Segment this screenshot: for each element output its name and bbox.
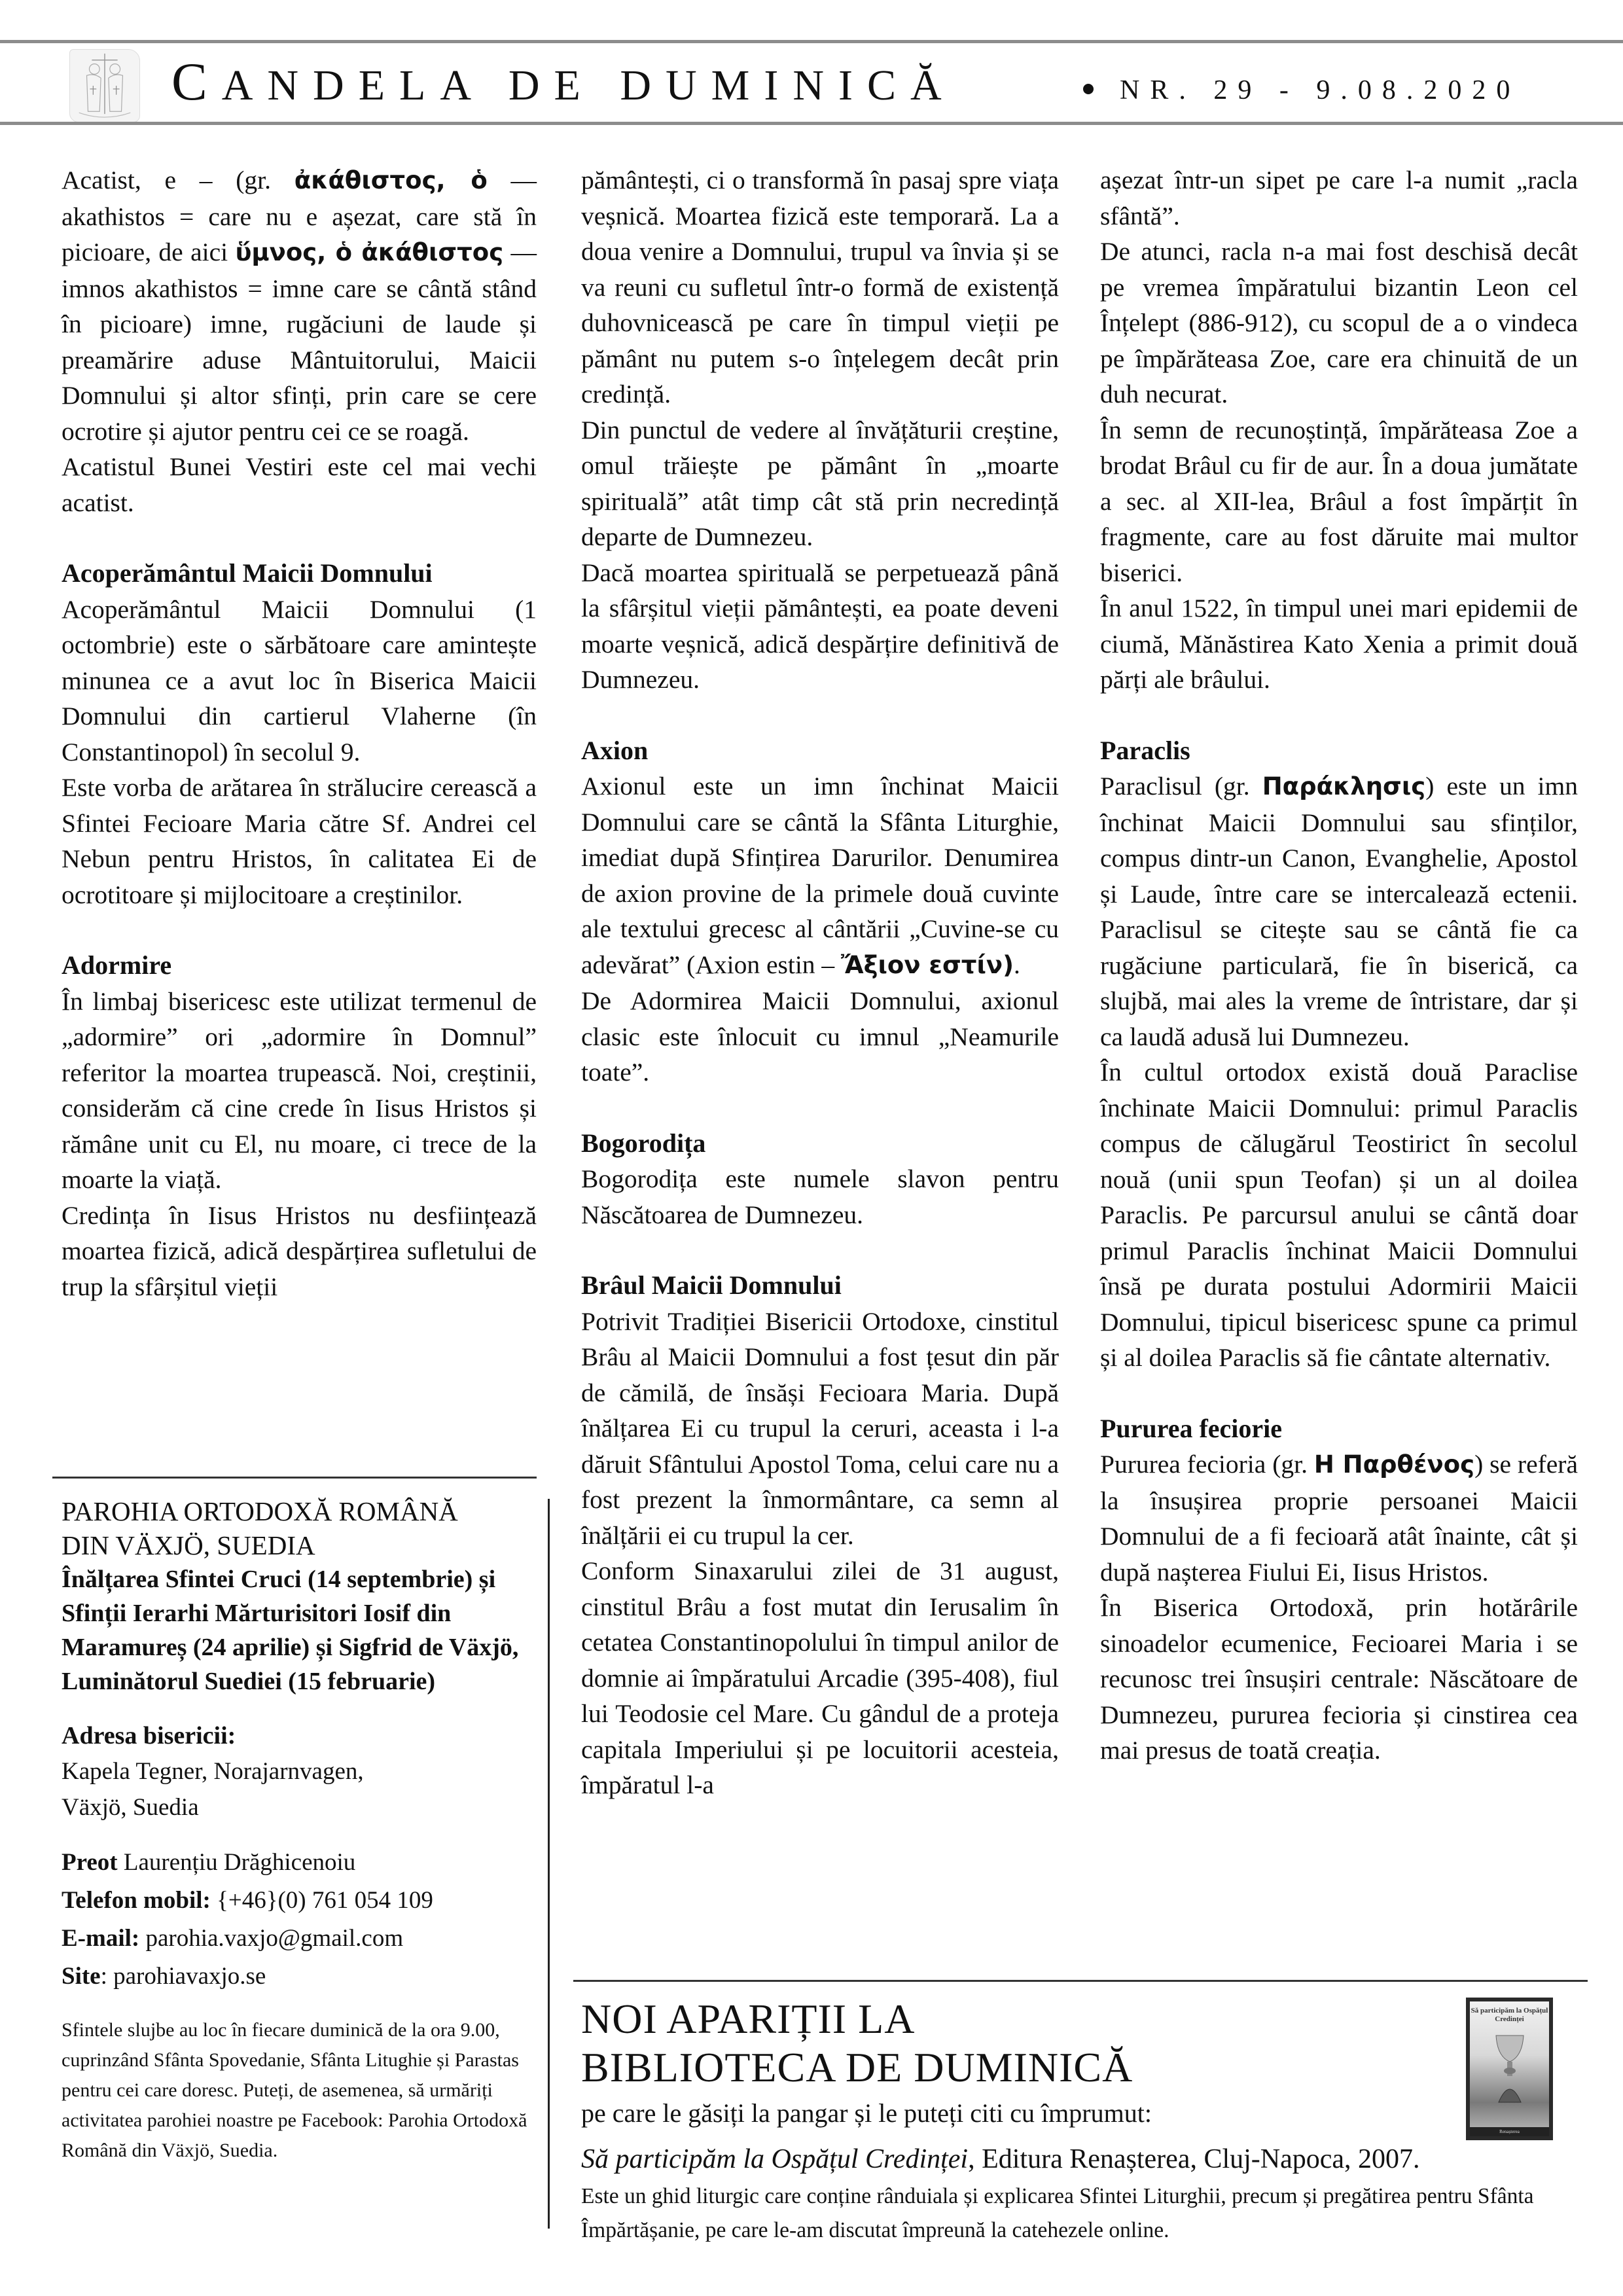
site-label: Site: [62, 1963, 101, 1990]
parish-name-line2: DIN VÄXJÖ, SUEDIA: [62, 1528, 533, 1562]
bogorodita-p1: Bogorodița este numele slavon pentru Năs…: [581, 1161, 1059, 1232]
phone-row: Telefon mobil: {+46}(0) 761 054 109: [62, 1882, 533, 1920]
greek-term: Η Παρθένος: [1314, 1450, 1474, 1479]
book-cover-image: Să participăm la Ospățul Credinței Renaș…: [1466, 1998, 1553, 2140]
library-section: NOI APARIȚII LA BIBLIOTECA DE DUMINICĂ p…: [581, 1995, 1589, 2248]
library-heading-line1: NOI APARIȚII LA: [581, 1995, 1589, 2043]
braul-p1: Potrivit Tradiției Bisericii Ortodoxe, c…: [581, 1304, 1059, 1554]
braul-p2: Conform Sinaxarului zilei de 31 august, …: [581, 1553, 1059, 1803]
pururea-p2: În Biserica Ortodoxă, prin hotărârile si…: [1100, 1590, 1578, 1768]
parish-right-rule: [548, 1499, 550, 2229]
book-meta: , Editura Renașterea, Cluj-Napoca, 2007.: [968, 2144, 1419, 2174]
text: Axionul este un imn închinat Maicii Domn…: [581, 772, 1059, 979]
column-1: Acatist, e – (gr. ἀκάθιστος, ὁ — akathis…: [62, 162, 537, 1304]
site-link[interactable]: : parohiavaxjo.se: [101, 1963, 266, 1990]
text: .: [1014, 950, 1020, 979]
section-title-adormire: Adormire: [62, 948, 537, 984]
section-title-bogorodita: Bogorodița: [581, 1126, 1059, 1162]
section-title-braul: Brâul Maicii Domnului: [581, 1268, 1059, 1304]
text: Acatist, e – (gr.: [62, 166, 294, 194]
acatist-paragraph: Acatist, e – (gr. ἀκάθιστος, ὁ — akathis…: [62, 162, 537, 449]
masthead: CANDELA DE DUMINICĂ NR. 29 - 9.08.2020: [0, 41, 1623, 123]
issue-info: NR. 29 - 9.08.2020: [1083, 65, 1520, 113]
library-subtitle: pe care le găsiți la pangar și le puteți…: [581, 2094, 1589, 2132]
priest-name: Laurențiu Drăghicenoiu: [118, 1849, 356, 1876]
title-rest: ANDELA DE DUMINICĂ: [222, 62, 956, 109]
library-top-rule: [573, 1980, 1588, 1982]
email-label: E-mail:: [62, 1925, 139, 1952]
greek-term: ἀκάθιστος, ὁ: [294, 166, 488, 194]
text: — imnos akathistos = imne care se cântă …: [62, 238, 537, 446]
phone-label: Telefon mobil:: [62, 1887, 211, 1914]
text: ) este un imn închinat Maicii Domnului s…: [1100, 772, 1578, 1051]
parish-info: PAROHIA ORTODOXĂ ROMÂNĂ DIN VÄXJÖ, SUEDI…: [62, 1494, 533, 2166]
text: Paraclisul (gr.: [1100, 772, 1262, 800]
acatist-paragraph-2: Acatistul Bunei Vestiri este cel mai vec…: [62, 449, 537, 520]
greek-term: Παράκλησις: [1262, 772, 1426, 800]
parish-name-line1: PAROHIA ORTODOXĂ ROMÂNĂ: [62, 1494, 533, 1528]
parish-top-rule: [52, 1477, 537, 1479]
services-note: Sfintele slujbe au loc în fiecare dumini…: [62, 2015, 533, 2166]
axion-p2: De Adormirea Maicii Domnului, axionul cl…: [581, 983, 1059, 1090]
braul-continued-p3: În semn de recunoștință, împărăteasa Zoe…: [1100, 412, 1578, 591]
book-description: Este un ghid liturgic care conține rându…: [581, 2179, 1589, 2248]
section-title-pururea: Pururea feciorie: [1100, 1411, 1578, 1447]
address-label: Adresa bisericii:: [62, 1718, 533, 1753]
braul-continued-p1: așezat într-un sipet pe care l-a numit „…: [1100, 162, 1578, 234]
book-entry: Să participăm la Ospățul Credinței, Edit…: [581, 2139, 1589, 2179]
parish-patrons: Înălțarea Sfintei Cruci (14 septembrie) …: [62, 1562, 533, 1698]
acoperamantul-p1: Acoperământul Maicii Domnului (1 octombr…: [62, 592, 537, 770]
bullet-icon: [1083, 84, 1094, 94]
braul-continued-p2: De atunci, racla n-a mai fost deschisă d…: [1100, 234, 1578, 412]
adormire-p1: În limbaj bisericesc este utilizat terme…: [62, 984, 537, 1198]
phone-number[interactable]: {+46}(0) 761 054 109: [211, 1887, 433, 1914]
text: Pururea fecioria (gr.: [1100, 1450, 1314, 1479]
priest-row: Preot Laurențiu Drăghicenoiu: [62, 1844, 533, 1882]
masthead-bottom-rule: [0, 122, 1623, 125]
pururea-p1: Pururea fecioria (gr. Η Παρθένος) se ref…: [1100, 1446, 1578, 1590]
section-title-acoperamantul: Acoperământul Maicii Domnului: [62, 556, 537, 592]
title-initial: C: [171, 52, 222, 111]
book-title: Să participăm la Ospățul Credinței: [581, 2144, 968, 2174]
braul-continued-p4: În anul 1522, în timpul unei mari epidem…: [1100, 590, 1578, 698]
column-2: pământești, ci o transformă în pasaj spr…: [581, 162, 1059, 1803]
contact-block: Preot Laurențiu Drăghicenoiu Telefon mob…: [62, 1844, 533, 1996]
address-line1: Kapela Tegner, Norajarnvagen,: [62, 1753, 533, 1789]
priest-label: Preot: [62, 1849, 118, 1876]
acoperamantul-p2: Este vorba de arătarea în strălucire cer…: [62, 770, 537, 912]
book-cover-title: Să participăm la Ospățul Credinței: [1470, 2001, 1549, 2024]
adormire-p2: Credința în Iisus Hristos nu desființeaz…: [62, 1198, 537, 1305]
issue-number-date: NR. 29 - 9.08.2020: [1120, 75, 1520, 105]
adormire-continued-p1: pământești, ci o transformă în pasaj spr…: [581, 162, 1059, 412]
chalice-icon: [1493, 2033, 1526, 2105]
section-title-axion: Axion: [581, 733, 1059, 769]
book-cover-inner: Să participăm la Ospățul Credinței Renaș…: [1470, 2001, 1549, 2136]
email-row: E-mail: parohia.vaxjo@gmail.com: [62, 1920, 533, 1958]
column-3: așezat într-un sipet pe care l-a numit „…: [1100, 162, 1578, 1768]
greek-term: Ἄξιον εστίν): [841, 951, 1014, 979]
site-row: Site: parohiavaxjo.se: [62, 1958, 533, 1996]
library-heading-line2: BIBLIOTECA DE DUMINICĂ: [581, 2043, 1589, 2092]
email-link[interactable]: parohia.vaxjo@gmail.com: [139, 1925, 403, 1952]
address-line2: Växjö, Suedia: [62, 1789, 533, 1825]
newsletter-title: CANDELA DE DUMINICĂ: [171, 56, 956, 112]
paraclis-p1: Paraclisul (gr. Παράκλησις) este un imn …: [1100, 768, 1578, 1054]
paraclis-p2: În cultul ortodox există două Paraclise …: [1100, 1054, 1578, 1376]
greek-term: ὕμνος, ὁ ἀκάθιστος: [235, 238, 503, 266]
axion-p1: Axionul este un imn închinat Maicii Domn…: [581, 768, 1059, 983]
section-title-paraclis: Paraclis: [1100, 733, 1578, 769]
saints-logo-drawing: [70, 50, 139, 122]
saints-logo-icon: [69, 49, 140, 122]
adormire-continued-p2: Din punctul de vedere al învățăturii cre…: [581, 412, 1059, 555]
adormire-continued-p3: Dacă moartea spirituală se perpetuează p…: [581, 555, 1059, 698]
book-cover-publisher: Renașterea: [1470, 2127, 1549, 2136]
